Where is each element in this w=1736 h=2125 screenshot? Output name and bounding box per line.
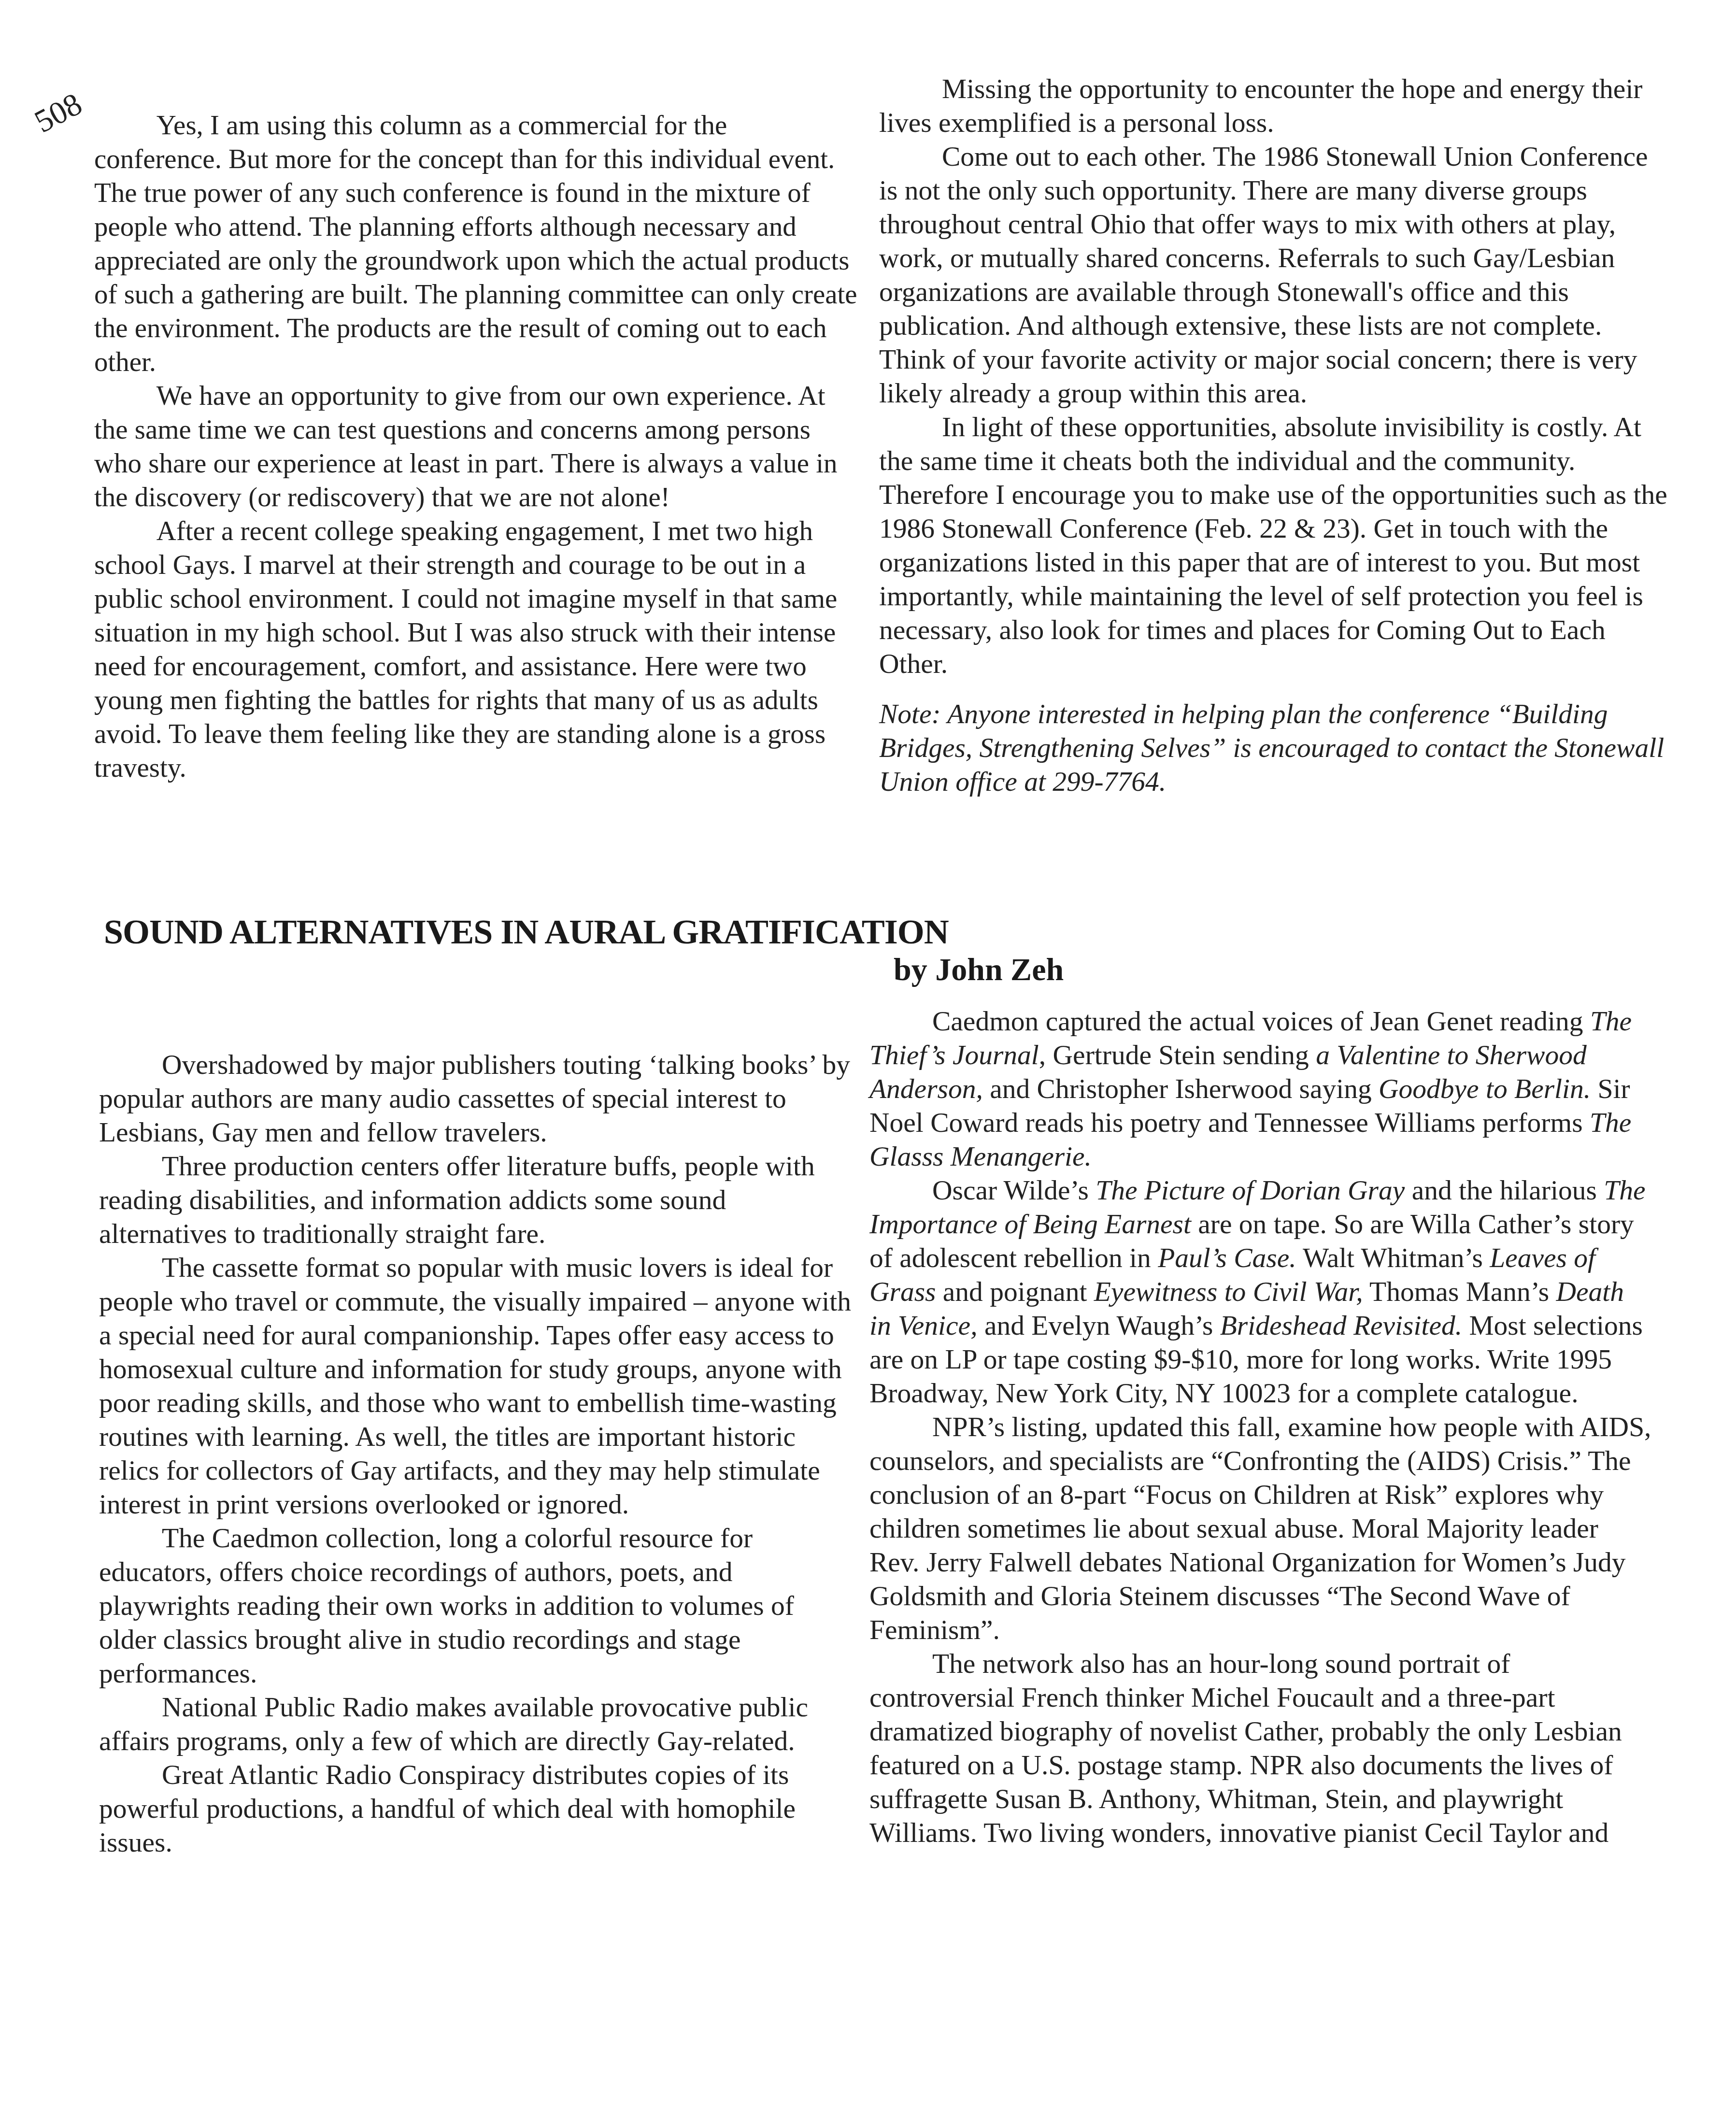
article2-paragraph: Three production centers offer literatur…	[99, 1150, 853, 1251]
text-run: and Evelyn Waugh’s	[978, 1311, 1220, 1341]
book-title: The Picture of Dorian Gray	[1096, 1175, 1405, 1206]
text-run: and poignant	[936, 1277, 1094, 1307]
article2-paragraph: Great Atlantic Radio Conspiracy distribu…	[99, 1758, 853, 1860]
article1-paragraph: After a recent college speaking engageme…	[94, 514, 859, 785]
book-title: Eyewitness to Civil War,	[1094, 1277, 1363, 1307]
article2-paragraph-npr: NPR’s listing, updated this fall, examin…	[869, 1411, 1652, 1647]
article1-paragraph: Missing the opportunity to encounter the…	[879, 72, 1671, 140]
article1-paragraph: In light of these opportunities, absolut…	[879, 411, 1671, 681]
text-run: and Christopher Isherwood saying	[983, 1074, 1379, 1104]
text-run: Thomas Mann’s	[1363, 1277, 1556, 1307]
article2-paragraph-caedmon: Caedmon captured the actual voices of Je…	[869, 1005, 1652, 1174]
book-title: Paul’s Case.	[1158, 1243, 1296, 1273]
article1-right-column: Missing the opportunity to encounter the…	[879, 72, 1671, 799]
article2-paragraph: Overshadowed by major publishers touting…	[99, 1048, 853, 1150]
article2-paragraph-wilde: Oscar Wilde’s The Picture of Dorian Gray…	[869, 1174, 1652, 1411]
article1-paragraph: Yes, I am using this column as a commerc…	[94, 109, 859, 379]
article2-paragraph: National Public Radio makes available pr…	[99, 1691, 853, 1758]
page-number: 508	[28, 86, 88, 141]
article1-paragraph: We have an opportunity to give from our …	[94, 379, 859, 514]
book-title: Goodbye to Berlin.	[1379, 1074, 1591, 1104]
article1-left-column: Yes, I am using this column as a commerc…	[94, 109, 859, 785]
text-run: , Gertrude Stein sending	[1039, 1040, 1316, 1070]
article2-right-column: Caedmon captured the actual voices of Je…	[869, 1005, 1652, 1850]
article2-paragraph: The Caedmon collection, long a colorful …	[99, 1522, 853, 1691]
article1-paragraph: Come out to each other. The 1986 Stonewa…	[879, 140, 1671, 411]
article2-headline: SOUND ALTERNATIVES IN AURAL GRATIFICATIO…	[104, 912, 949, 952]
text-run: Oscar Wilde’s	[932, 1175, 1096, 1206]
text-run: Walt Whitman’s	[1296, 1243, 1490, 1273]
article2-paragraph-network: The network also has an hour-long sound …	[869, 1647, 1652, 1850]
book-title: Brideshead Revisited.	[1220, 1311, 1462, 1341]
article2-byline: by John Zeh	[894, 952, 1064, 988]
article2-paragraph: The cassette format so popular with musi…	[99, 1251, 853, 1522]
text-run: and the hilarious	[1405, 1175, 1604, 1206]
article1-note: Note: Anyone interested in helping plan …	[879, 698, 1671, 799]
text-run: Caedmon captured the actual voices of Je…	[932, 1006, 1590, 1037]
article2-left-column: Overshadowed by major publishers touting…	[99, 1048, 853, 1860]
